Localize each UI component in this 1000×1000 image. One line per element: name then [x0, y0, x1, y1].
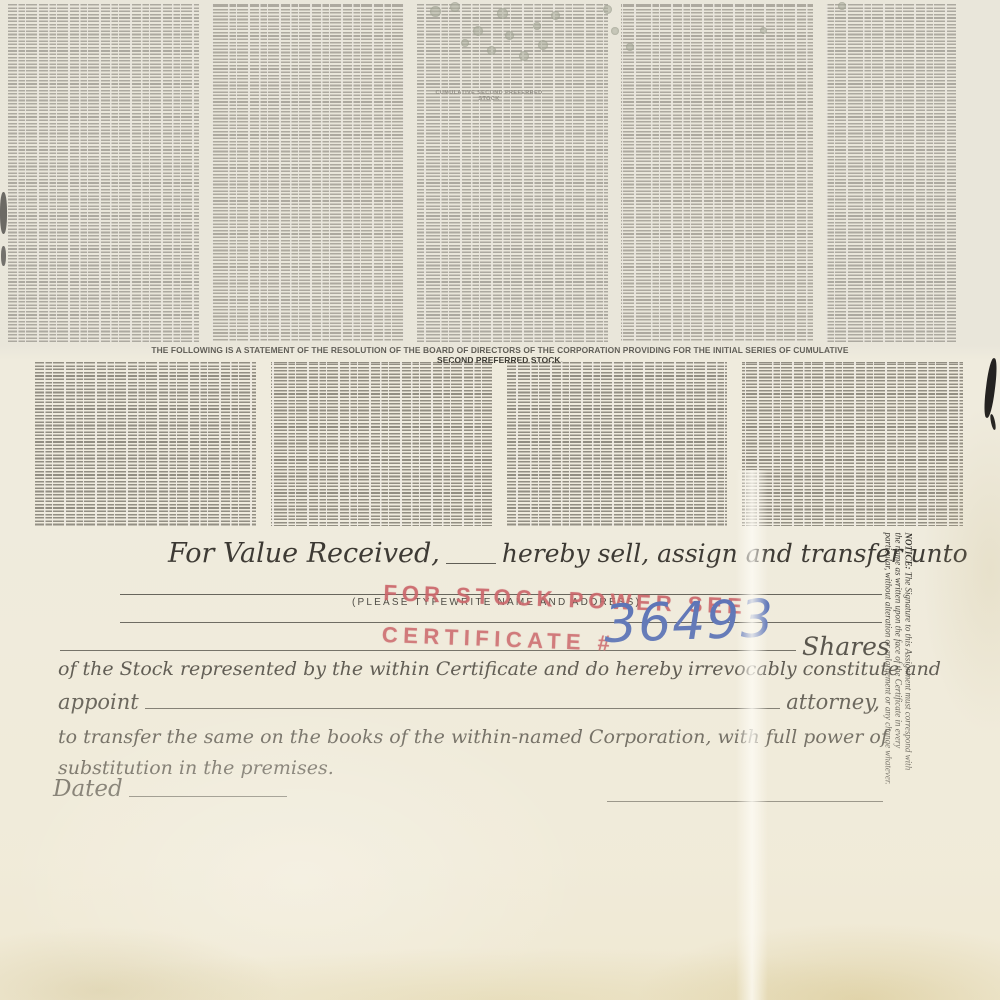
notice-line-3: particular, without alteration or enlarg…	[884, 533, 894, 818]
legal-text-column	[507, 362, 728, 526]
legal-text-column	[271, 362, 492, 526]
legal-text-column	[417, 4, 608, 342]
punch-hole-mark	[533, 22, 541, 30]
legal-text-column	[8, 4, 199, 342]
ink-mark	[989, 414, 996, 430]
punch-hole-mark	[760, 27, 767, 34]
punch-hole-mark	[603, 5, 612, 14]
notice-line-1: NOTICE: The Signature to this Assignment…	[904, 533, 914, 818]
shares-label: Shares	[802, 632, 890, 661]
ink-mark	[0, 192, 7, 234]
microprint-subheading: CUMULATIVE SECOND PREFERRED STOCK	[424, 90, 554, 102]
typewrite-instruction: (PLEASE TYPEWRITE NAME AND ADDRESS)	[352, 597, 641, 608]
punch-hole-mark	[505, 31, 514, 40]
notice-prefix: NOTICE:	[904, 533, 914, 572]
signature-notice: NOTICE: The Signature to this Assignment…	[884, 533, 914, 818]
attorney-name-blank	[145, 708, 780, 709]
notice-line-2: the name as written upon the face of the…	[894, 533, 904, 818]
punch-hole-mark	[487, 46, 496, 55]
punch-hole-mark	[473, 26, 483, 36]
legal-text-column	[742, 362, 963, 526]
date-blank	[129, 796, 287, 797]
assignment-body-line-1: of the Stock represented by the within C…	[58, 658, 941, 680]
ink-mark	[1, 246, 6, 266]
punch-hole-mark	[626, 43, 634, 51]
legal-text-lower-section	[35, 362, 963, 526]
dated-label: Dated	[53, 776, 123, 802]
legal-text-column	[621, 4, 812, 342]
assignment-body-line-2: to transfer the same on the books of the…	[58, 726, 888, 748]
punch-hole-mark	[450, 2, 460, 12]
punch-hole-mark	[538, 40, 548, 50]
punch-hole-mark	[611, 27, 619, 35]
punch-hole-mark	[430, 6, 441, 17]
for-value-received-line: For Value Received, hereby sell, assign …	[168, 538, 884, 569]
punch-hole-mark	[497, 8, 508, 19]
appoint-text: appoint	[58, 690, 139, 714]
handwritten-certificate-number: 36493	[603, 593, 775, 651]
for-value-received-text: For Value Received,	[168, 538, 440, 569]
notice-line-1-text: The Signature to this Assignment must co…	[904, 572, 914, 770]
legal-text-top-section	[8, 4, 956, 342]
dated-line: Dated	[53, 776, 293, 802]
stock-certificate-back: CUMULATIVE SECOND PREFERRED STOCK THE FO…	[0, 0, 1000, 1000]
punch-hole-mark	[838, 2, 846, 10]
punch-hole-mark	[461, 39, 469, 47]
legal-text-column	[35, 362, 256, 526]
ink-mark	[982, 358, 998, 419]
signature-line	[607, 801, 883, 802]
appoint-line: appoint attorney,	[58, 690, 880, 714]
assignor-name-blank	[446, 563, 496, 564]
legal-text-column	[826, 4, 956, 342]
punch-hole-mark	[551, 11, 560, 20]
legal-text-column	[212, 4, 403, 342]
attorney-text: attorney,	[786, 690, 880, 714]
punch-hole-mark	[519, 51, 529, 61]
